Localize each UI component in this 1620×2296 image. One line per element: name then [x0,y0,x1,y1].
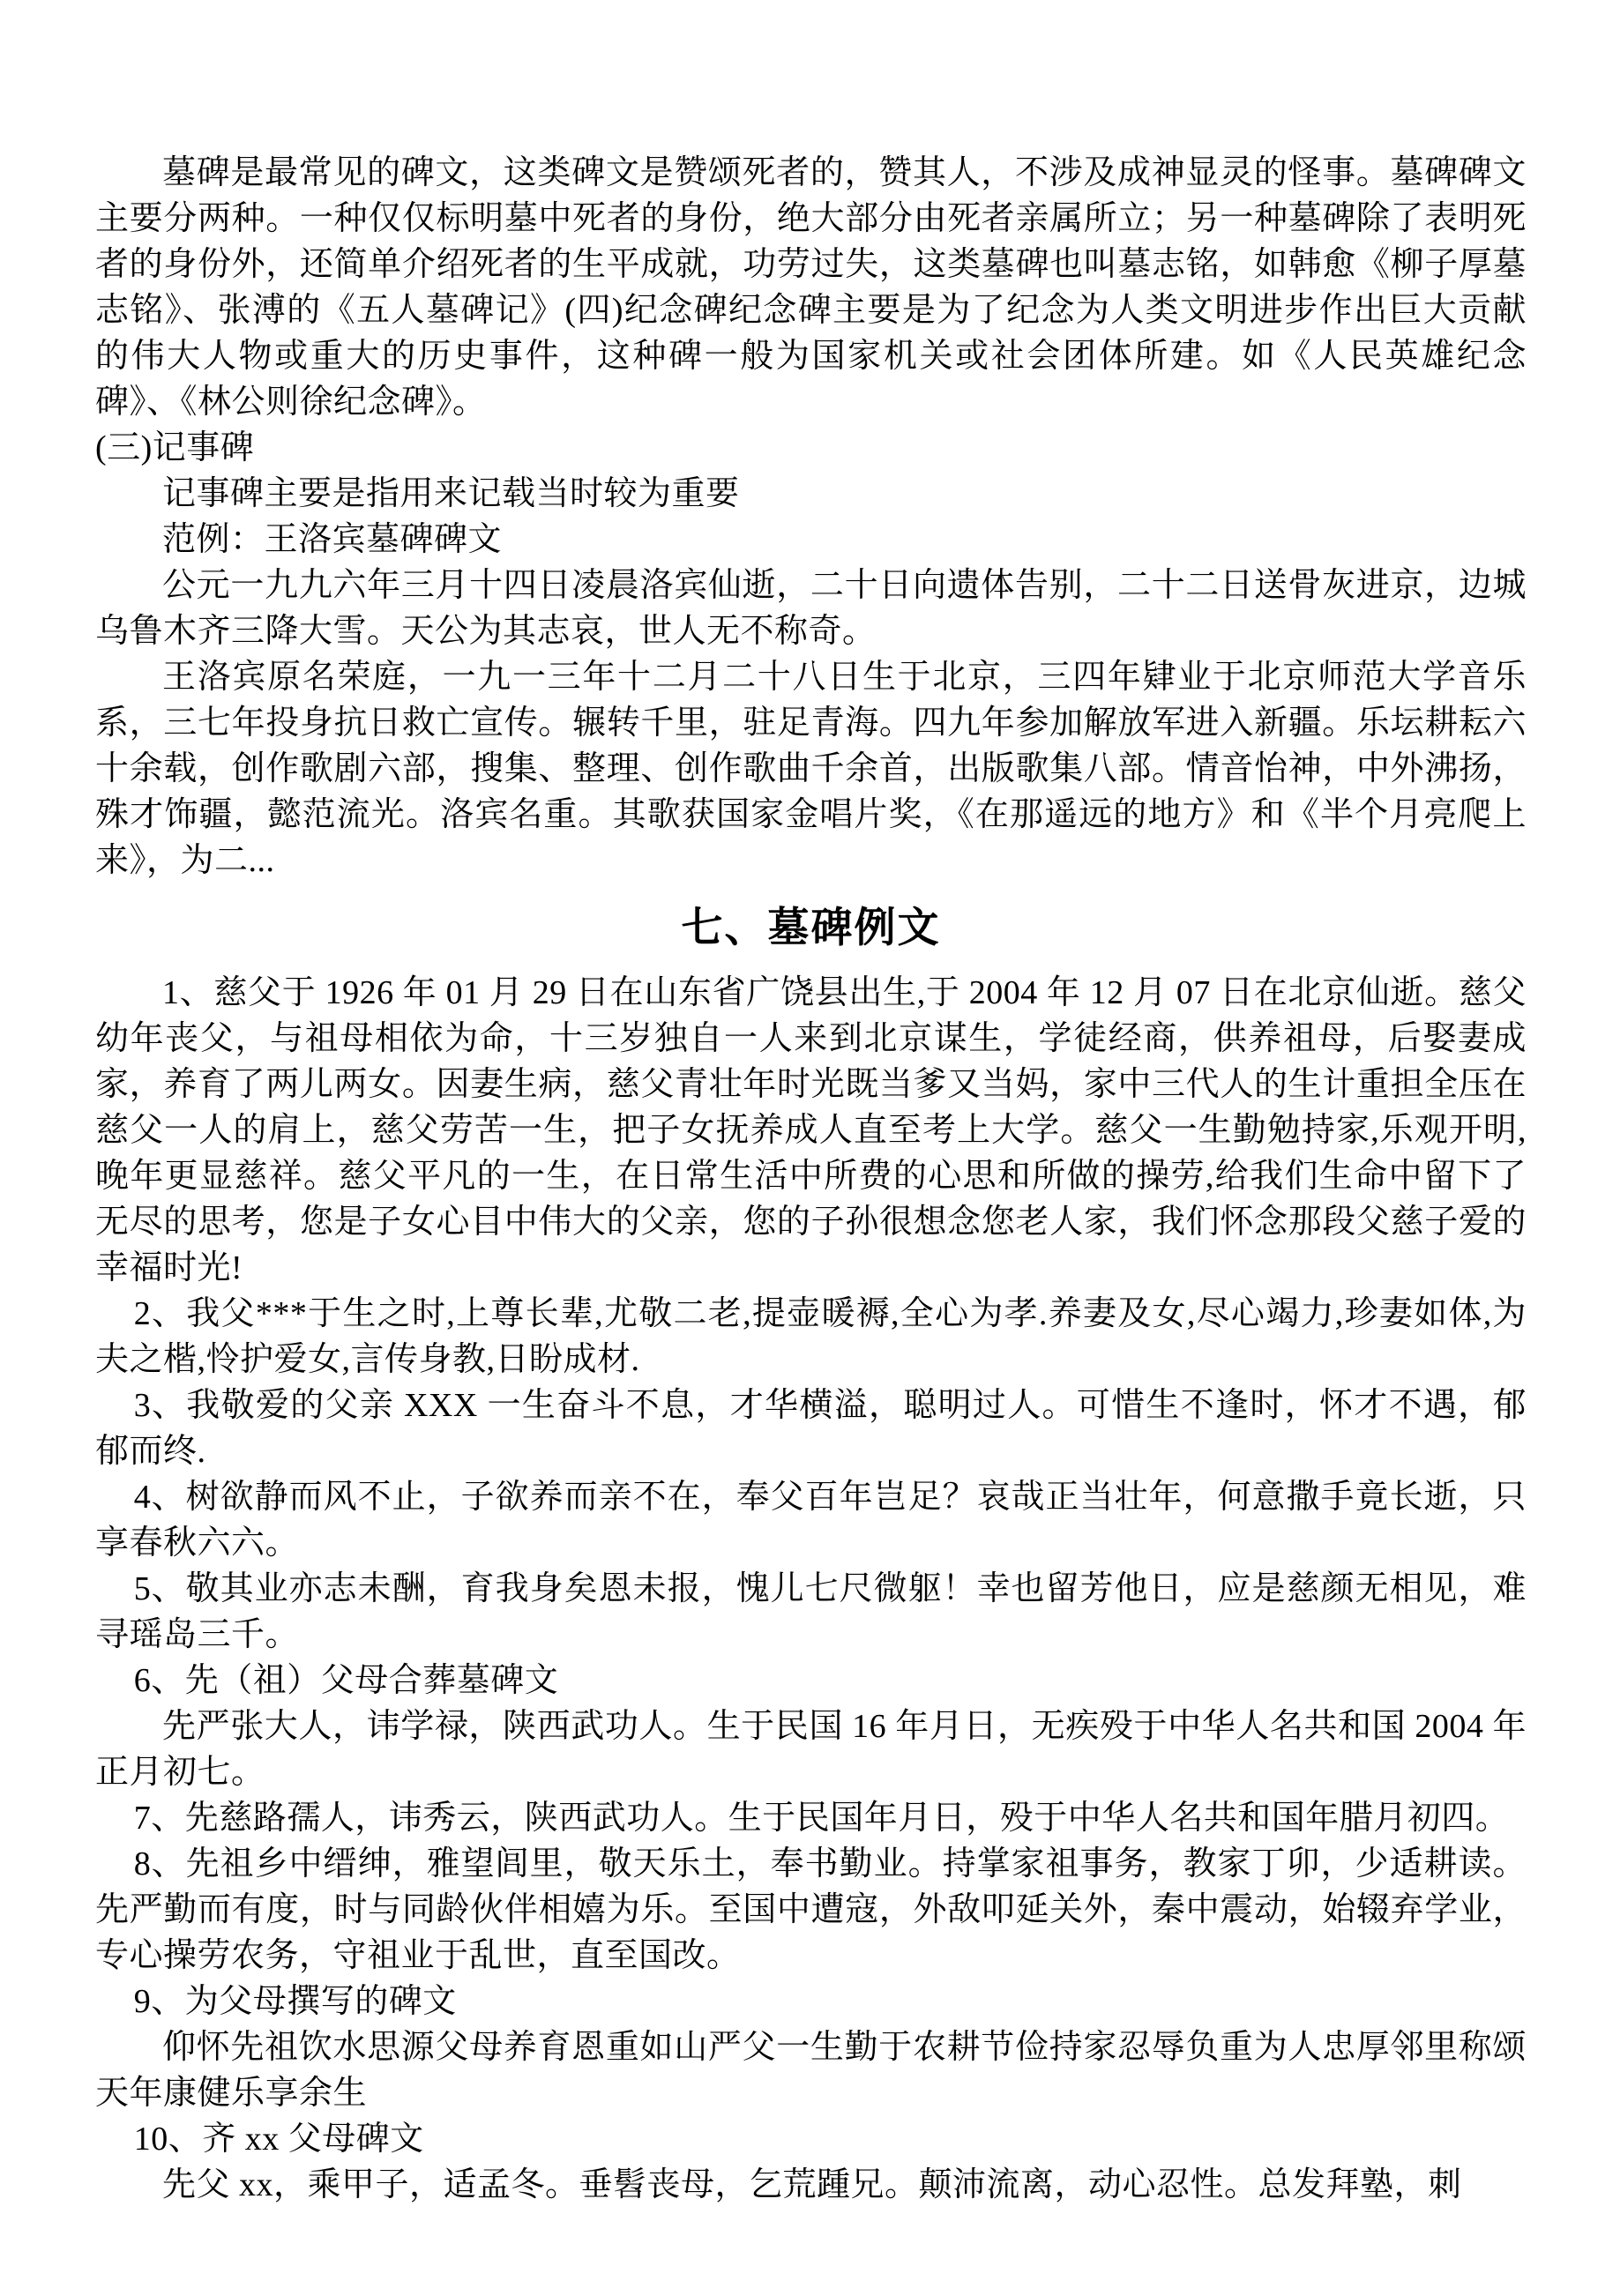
example-paragraph-6-body: 先严张大人，讳学禄，陕西武功人。生于民国 16 年月日，无疾殁于中华人名共和国 … [95,1703,1527,1795]
intro-paragraph-jishibei-desc: 记事碑主要是指用来记载当时较为重要 [95,471,1527,517]
example-paragraph-7: 7、先慈路孺人，讳秀云，陕西武功人。生于民国年月日，殁于中华人名共和国年腊月初四… [95,1795,1527,1841]
intro-paragraph-example-label: 范例：王洛宾墓碑碑文 [95,517,1527,563]
intro-paragraph-wangluobin-death: 公元一九九六年三月十四日凌晨洛宾仙逝，二十日向遗体告别，二十二日送骨灰进京，边城… [95,563,1527,654]
example-paragraph-5: 5、敬其业亦志未酬，育我身矣恩未报，愧儿七尺微躯！幸也留芳他日，应是慈颜无相见，… [95,1566,1527,1658]
example-paragraph-8: 8、先祖乡中缙绅，雅望闾里，敬天乐土，奉书勤业。持掌家祖事务，教家丁卯，少适耕读… [95,1841,1527,1979]
example-paragraph-10-body: 先父 xx，乘甲子，适孟冬。垂髫丧母，乞荒踵兄。颠沛流离，动心忍性。总发拜塾，刺 [95,2162,1527,2208]
example-paragraph-9-body: 仰怀先祖饮水思源父母养育恩重如山严父一生勤于农耕节俭持家忍辱负重为人忠厚邻里称颂… [95,2024,1527,2116]
example-paragraph-1: 1、慈父于 1926 年 01 月 29 日在山东省广饶县出生,于 2004 年… [95,970,1527,1291]
example-paragraph-3: 3、我敬爱的父亲 XXX 一生奋斗不息，才华横溢，聪明过人。可惜生不逢时，怀才不… [95,1383,1527,1474]
intro-subheading-jishibei: (三)记事碑 [95,425,1527,471]
intro-paragraph-wangluobin-bio: 王洛宾原名荣庭，一九一三年十二月二十八日生于北京，三四年肄业于北京师范大学音乐系… [95,654,1527,883]
section-heading-tombstone-examples: 七、墓碑例文 [95,901,1527,956]
example-paragraph-4: 4、树欲静而风不止，子欲养而亲不在，奉父百年岂足？哀哉正当壮年，何意撒手竟长逝，… [95,1474,1527,1566]
intro-paragraph-tombstone-overview: 墓碑是最常见的碑文，这类碑文是赞颂死者的，赞其人，不涉及成神显灵的怪事。墓碑碑文… [95,150,1527,425]
document-page: 墓碑是最常见的碑文，这类碑文是赞颂死者的，赞其人，不涉及成神显灵的怪事。墓碑碑文… [0,0,1620,2296]
example-paragraph-9-title: 9、为父母撰写的碑文 [95,1979,1527,2024]
example-paragraph-6-title: 6、先（祖）父母合葬墓碑文 [95,1658,1527,1703]
example-paragraph-2: 2、我父***于生之时,上尊长辈,尤敬二老,提壶暖褥,全心为孝.养妻及女,尽心竭… [95,1291,1527,1383]
example-paragraph-10-title: 10、齐 xx 父母碑文 [95,2116,1527,2162]
